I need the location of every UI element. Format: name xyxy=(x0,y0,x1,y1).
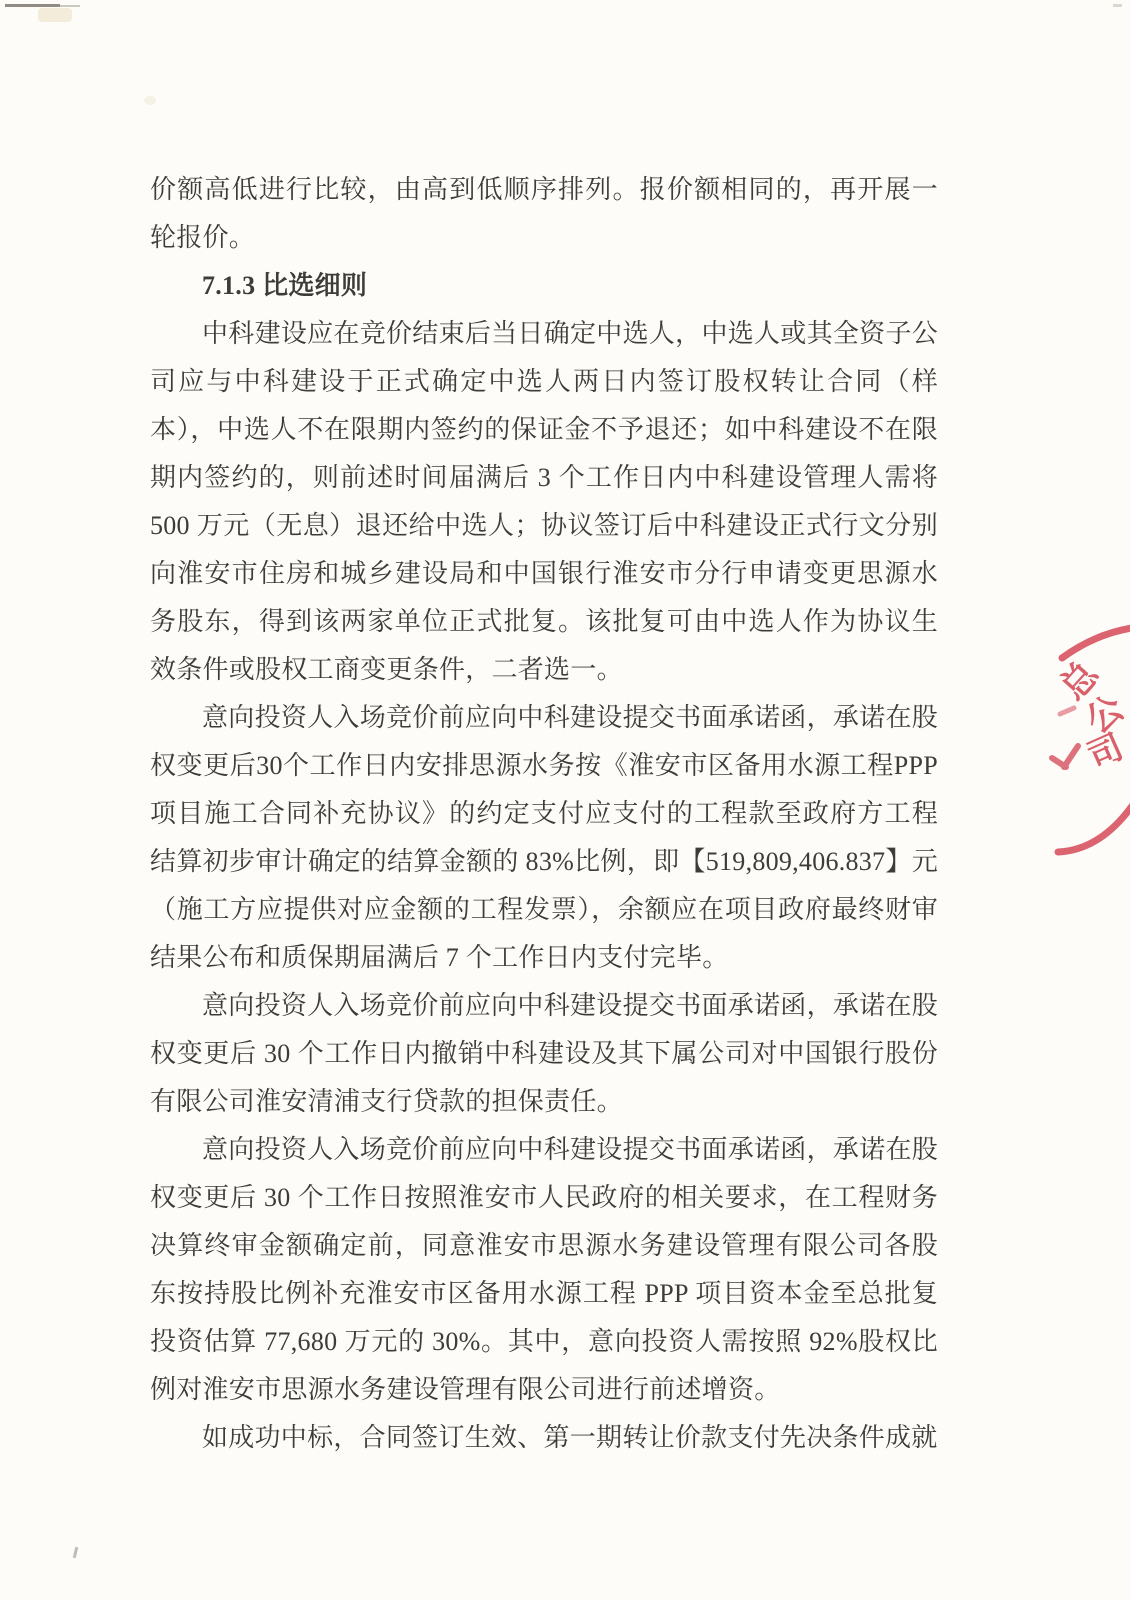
seal-ring-fragment xyxy=(1052,746,1078,767)
company-seal-icon: 总 公 司 xyxy=(1000,600,1130,880)
paragraph: 如成功中标，合同签订生效、第一期转让价款支付先决条件成就 xyxy=(150,1414,938,1462)
paragraph: 意向投资人入场竞价前应向中科建设提交书面承诺函，承诺在股权变更后 30 个工作日… xyxy=(150,982,938,1126)
seal-ring-bottom-arc xyxy=(1058,806,1130,852)
paragraph: 意向投资人入场竞价前应向中科建设提交书面承诺函，承诺在股权变更后 30 个工作日… xyxy=(150,1126,938,1414)
paragraph: 意向投资人入场竞价前应向中科建设提交书面承诺函，承诺在股权变更后30个工作日内安… xyxy=(150,694,938,982)
seal-character: 公 xyxy=(1078,687,1130,741)
scan-artifact-mark xyxy=(1113,4,1122,7)
seal-ring-top-arc xyxy=(1062,628,1130,658)
paragraph: 中科建设应在竞价结束后当日确定中选人，中选人或其全资子公司应与中科建设于正式确定… xyxy=(150,310,938,694)
scan-artifact-line xyxy=(5,4,60,7)
scan-artifact-smudge xyxy=(144,96,156,105)
document-body: 价额高低进行比较，由高到低顺序排列。报价额相同的，再开展一轮报价。 7.1.3 … xyxy=(150,166,938,1462)
seal-character: 司 xyxy=(1082,728,1129,777)
paragraph-continuation: 价额高低进行比较，由高到低顺序排列。报价额相同的，再开展一轮报价。 xyxy=(150,166,938,262)
seal-ring-fragment xyxy=(1060,708,1074,714)
section-heading: 7.1.3 比选细则 xyxy=(150,262,938,310)
scan-artifact-smudge xyxy=(38,8,72,22)
document-page: 价额高低进行比较，由高到低顺序排列。报价额相同的，再开展一轮报价。 7.1.3 … xyxy=(0,0,1130,1600)
seal-character: 总 xyxy=(1052,652,1107,707)
scan-artifact-line-tail xyxy=(58,5,80,7)
scan-artifact-tick xyxy=(73,1547,79,1558)
